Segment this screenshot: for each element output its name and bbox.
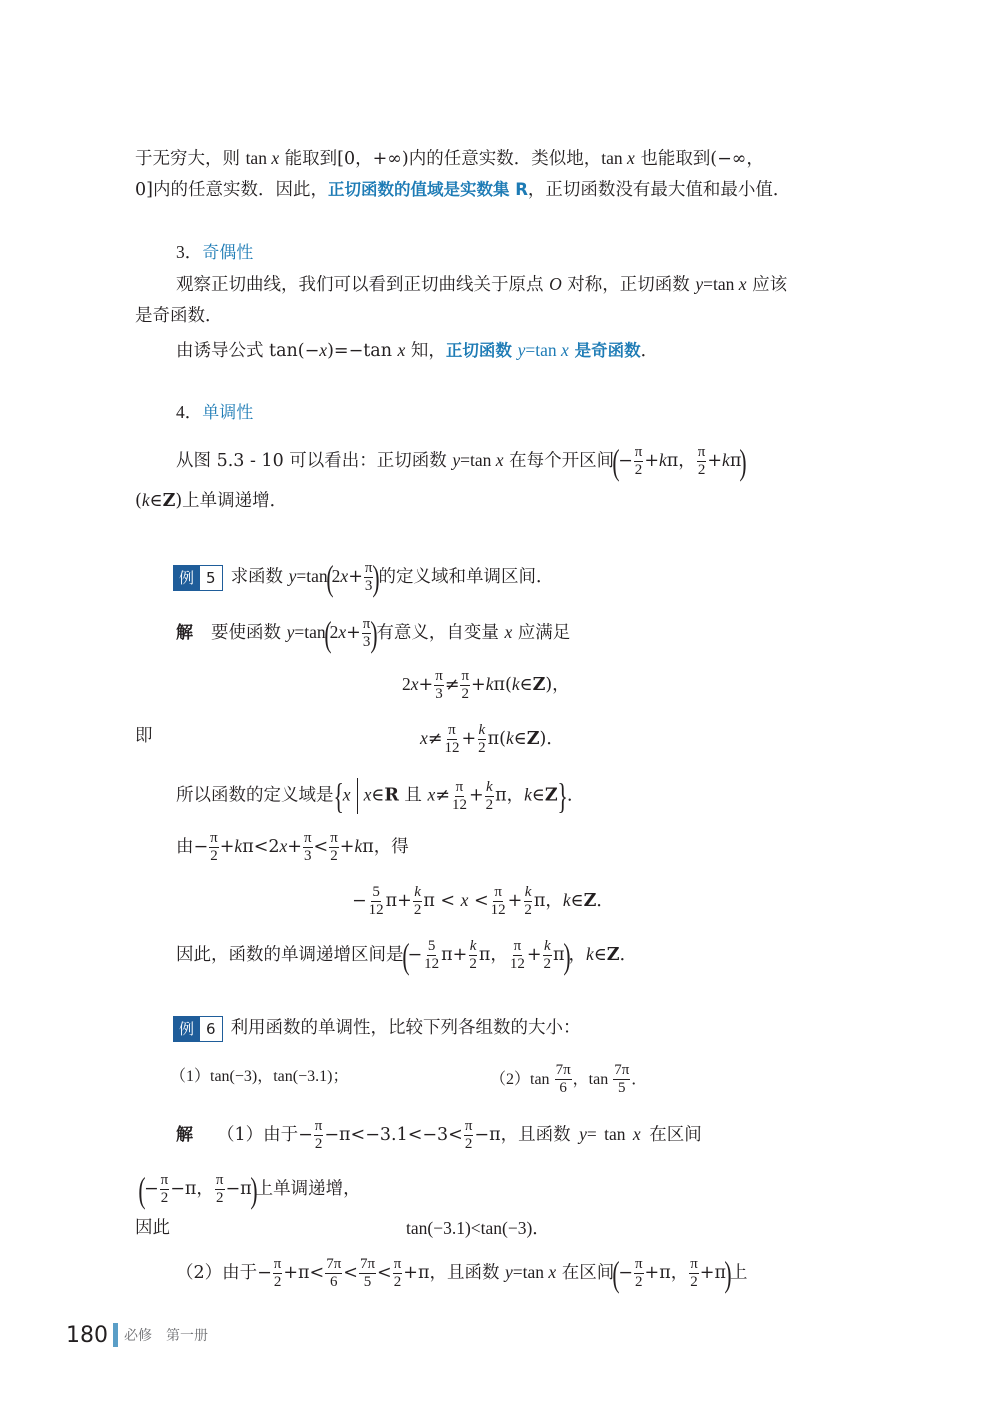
math-var: k	[512, 674, 520, 694]
math: )，	[545, 675, 569, 695]
text: 因此，函数的单调递增区间是	[176, 945, 404, 965]
brace-left: {	[333, 782, 343, 810]
denominator: 2	[273, 1274, 283, 1291]
example-6-question: 例6利用函数的单调性，比较下列各组数的大小：	[173, 1014, 581, 1042]
fraction: π3	[303, 830, 313, 865]
math-set: Z	[527, 729, 540, 749]
math: −	[618, 451, 633, 471]
numerator: π	[314, 1118, 324, 1136]
text: +π，且函数	[403, 1263, 505, 1283]
math: ，	[569, 945, 587, 965]
numerator: k	[543, 938, 552, 956]
fraction: π12	[443, 722, 460, 757]
text: 利用函数的单调性，比较下列各组数的大小：	[231, 1018, 581, 1038]
denominator: 5	[363, 1274, 373, 1291]
math-var: x	[739, 274, 747, 294]
numerator: π	[447, 722, 457, 740]
denominator: 2	[689, 1274, 699, 1291]
text: 且	[399, 786, 428, 806]
numerator: 7π	[555, 1062, 572, 1080]
paren-right: )	[563, 942, 570, 970]
fraction: π2	[634, 444, 644, 479]
math: ．	[596, 891, 614, 911]
denominator: 2	[477, 740, 487, 757]
denominator: 2	[543, 956, 553, 973]
math-var: k	[142, 490, 150, 510]
example-5-ji-label: 即	[135, 722, 153, 750]
brace-right: }	[557, 782, 567, 810]
math: ≠	[435, 786, 450, 806]
fraction: 7π5	[613, 1062, 630, 1097]
denominator: 12	[443, 740, 460, 757]
math-set: Z	[607, 945, 620, 965]
denominator: 2	[464, 1136, 474, 1153]
math: −π，	[170, 1179, 214, 1199]
fraction: π2	[393, 1256, 403, 1291]
example-6-solution-line1: 解（1）由于−π2−π<−3.1<−3<π2−π，且函数 y= tan x 在区…	[176, 1118, 702, 1153]
math-set: Z	[584, 891, 597, 911]
denominator: 2	[485, 797, 495, 814]
math: π <	[423, 891, 460, 911]
math-var: x	[633, 1124, 641, 1144]
denominator: 2	[523, 902, 533, 919]
math-var: k	[563, 890, 571, 910]
math: π	[667, 451, 679, 471]
text: ，正切函数没有最大值和最小值．	[528, 180, 791, 200]
text: 的定义域和单调区间．	[378, 567, 553, 587]
text: 对称，正切函数	[562, 275, 696, 295]
denominator: 2	[393, 1274, 403, 1291]
math: π<2	[242, 837, 279, 857]
math: ∈	[520, 675, 533, 695]
text: 要使函数	[211, 623, 287, 643]
math: <	[377, 1263, 392, 1283]
text: 在区间	[556, 1263, 614, 1283]
math: −π<−3.1<−3<	[324, 1125, 462, 1145]
math-set: R	[384, 786, 399, 806]
text: 应该	[747, 275, 788, 295]
text: 知，	[405, 341, 446, 361]
fraction: π2	[634, 1256, 644, 1291]
math: ∈	[594, 945, 607, 965]
numerator: π	[634, 444, 644, 462]
math: ∈	[371, 786, 384, 806]
fraction: π2	[215, 1172, 225, 1207]
numerator: π	[209, 830, 219, 848]
denominator: 5	[617, 1080, 627, 1097]
example-6-result1: tan(−3.1)<tan(−3)．	[406, 1214, 550, 1243]
text: 上单调递增，	[256, 1179, 361, 1199]
text: 在区间	[641, 1125, 702, 1145]
math: =tan	[294, 622, 325, 642]
fraction: 7π6	[555, 1062, 572, 1097]
math: +	[644, 451, 659, 471]
denominator: 12	[451, 797, 468, 814]
text: 能取到[0，+∞)内的任意实数．类似地，	[279, 149, 601, 169]
numerator: π	[434, 668, 444, 686]
math-var: x	[338, 622, 346, 642]
text: )上单调递增．	[175, 491, 287, 511]
section-4-line1: 从图 5.3 - 10 可以看出：正切函数 y=tan x 在每个开区间(−π2…	[176, 444, 745, 479]
text: 从图 5.3 - 10 可以看出：正切函数	[176, 451, 452, 471]
math: ，	[678, 451, 696, 471]
fraction: π12	[509, 938, 526, 973]
math: （1）tan(−3)，tan(−3.1)；	[170, 1068, 348, 1085]
example-5-conclusion: 因此，函数的单调递增区间是(−512π+k2π，π12+k2π)，k∈Z．	[176, 938, 637, 973]
text: 0]内的任意实数．因此，	[135, 180, 328, 200]
denominator: 12	[509, 956, 526, 973]
math: +	[469, 786, 484, 806]
math-var: y	[579, 1124, 587, 1144]
text: 在每个开区间	[504, 451, 615, 471]
numerator: π	[689, 1256, 699, 1274]
solution-label: 解	[176, 1125, 193, 1145]
example-6-part1: （1）tan(−3)，tan(−3.1)；	[170, 1062, 348, 1091]
text: 求函数	[231, 567, 289, 587]
math: <	[343, 1263, 358, 1283]
numerator: 5	[427, 938, 437, 956]
numerator: k	[524, 884, 533, 902]
math: π，	[495, 786, 524, 806]
fraction: 7π5	[359, 1256, 376, 1291]
paren-right: )	[373, 564, 380, 592]
math-var: x	[561, 340, 569, 360]
denominator: 2	[329, 848, 339, 865]
math: π(	[493, 675, 511, 695]
fraction: π2	[689, 1256, 699, 1291]
numerator: π	[493, 884, 503, 902]
math: +π<	[283, 1263, 324, 1283]
range-line-1: 于无穷大，则 tan x 能取到[0，+∞)内的任意实数．类似地，tan x 也…	[135, 144, 764, 173]
numerator: π	[460, 668, 470, 686]
denominator: 2	[634, 462, 644, 479]
math: ．	[567, 786, 585, 806]
page-number: 180	[66, 1323, 108, 1348]
paren-right: )	[371, 620, 378, 648]
math: (	[135, 491, 142, 511]
denominator: 2	[468, 956, 478, 973]
paren-left: (	[138, 1176, 145, 1204]
math: −	[144, 1179, 159, 1199]
fraction: 512	[423, 938, 440, 973]
numerator: 7π	[359, 1256, 376, 1274]
paren-left: (	[612, 448, 619, 476]
denominator: 12	[368, 902, 385, 919]
fraction: k2	[477, 722, 487, 757]
denominator: 2	[314, 1136, 324, 1153]
example-5-question: 例5求函数 y=tan(2x+π3)的定义域和单调区间．	[173, 560, 553, 595]
math: +	[287, 837, 302, 857]
fraction: π2	[464, 1118, 474, 1153]
section-title: 单调性	[202, 403, 253, 423]
numerator: k	[469, 938, 478, 956]
example-badge: 例5	[173, 565, 223, 591]
badge-number: 5	[199, 566, 222, 590]
math: +π	[700, 1263, 726, 1283]
fraction: k2	[543, 938, 553, 973]
math-var: x	[627, 148, 635, 168]
fraction: π12	[490, 884, 507, 919]
badge-label: 例	[174, 566, 199, 590]
paren-right: )	[724, 1260, 731, 1288]
math: π(	[488, 729, 506, 749]
math-var: O	[549, 274, 562, 294]
math: <	[468, 891, 488, 911]
math: = tan	[587, 1124, 633, 1144]
math: tan(−3.1)<tan(−3)．	[406, 1218, 550, 1238]
math: +π，	[645, 1263, 689, 1283]
math-var: y	[505, 1262, 513, 1282]
section-3-p2: 由诱导公式 tan(−x)=−tan x 知，正切函数 y=tan x 是奇函数…	[176, 336, 658, 365]
solution-label: 解	[176, 623, 193, 643]
fraction: k2	[523, 884, 533, 919]
numerator: π	[455, 779, 465, 797]
book-title: 必修 第一册	[124, 1325, 208, 1345]
numerator: k	[485, 779, 494, 797]
example-5-eq2: x≠π12+k2π(k∈Z)．	[420, 722, 564, 757]
fraction: π2	[273, 1256, 283, 1291]
math: +	[527, 945, 542, 965]
numerator: 5	[371, 884, 381, 902]
example-5-ineq: 由−π2+kπ<2x+π3<π2+kπ，得	[176, 830, 409, 865]
math: ．	[631, 1069, 647, 1088]
text: 由诱导公式 tan(−	[176, 341, 319, 361]
text: （1）由于−	[217, 1125, 313, 1145]
text: 即	[135, 726, 153, 746]
denominator: 12	[490, 902, 507, 919]
math: =tan	[460, 450, 496, 470]
denominator: 2	[413, 902, 423, 919]
section-title: 奇偶性	[202, 243, 253, 263]
example-6-solution-line2: (−π2−π，π2−π)上单调递增，	[140, 1172, 361, 1207]
math-set: Z	[545, 786, 558, 806]
math: +	[461, 729, 476, 749]
denominator: 2	[209, 848, 219, 865]
fraction: π2	[329, 830, 339, 865]
math: ∈	[150, 491, 163, 511]
numerator: π	[303, 830, 313, 848]
math: π+	[386, 891, 412, 911]
math-var: y	[695, 274, 703, 294]
page-footer: 180 必修 第一册	[66, 1320, 208, 1350]
numerator: 7π	[325, 1256, 342, 1274]
numerator: π	[464, 1118, 474, 1136]
text: 上	[730, 1263, 748, 1283]
math: ∈	[514, 729, 527, 749]
math: +	[419, 675, 434, 695]
numerator: π	[160, 1172, 170, 1190]
text: ．	[641, 341, 659, 361]
numerator: k	[478, 722, 487, 740]
math: ∈	[532, 786, 545, 806]
example-6-part2: （2）tan 7π6，tan 7π5．	[490, 1062, 647, 1097]
math-var: x	[271, 148, 279, 168]
section-3-p1-line2: 是奇函数．	[135, 302, 223, 330]
math: ≠	[428, 729, 443, 749]
fraction: 512	[368, 884, 385, 919]
text: π，得	[362, 837, 409, 857]
text: 也能取到(−∞，	[635, 149, 764, 169]
fraction: 7π6	[325, 1256, 342, 1291]
paren-left: (	[402, 942, 409, 970]
example-5-solution-line1: 解要使函数 y=tan(2x+π3)有意义，自变量 x 应满足	[176, 616, 570, 651]
section-number: 4．	[176, 402, 202, 422]
example-5-domain: 所以函数的定义域是{xx∈R 且 x≠π12+k2π，k∈Z}．	[176, 778, 584, 814]
example-6-therefore-label: 因此	[135, 1214, 170, 1242]
text: （2）由于−	[176, 1263, 272, 1283]
math-var: x	[319, 340, 327, 360]
paren-right: )	[740, 448, 747, 476]
denominator: 6	[329, 1274, 339, 1291]
math: +	[346, 623, 361, 643]
math: （2）tan	[490, 1071, 554, 1088]
math: +	[471, 675, 486, 695]
fraction: π2	[460, 668, 470, 703]
numerator: k	[413, 884, 422, 902]
math: ≠	[445, 675, 460, 695]
math: −	[352, 891, 367, 911]
math: =tan	[525, 340, 561, 360]
example-6-solution-part2: （2）由于−π2+π<7π6<7π5<π2+π，且函数 y=tan x 在区间(…	[176, 1256, 747, 1291]
math-var: x	[496, 450, 504, 470]
math-set: Z	[533, 675, 546, 695]
section-4-line2: (k∈Z)上单调递增．	[135, 486, 287, 515]
fraction: k2	[413, 884, 423, 919]
text: 由−	[176, 837, 208, 857]
math-var: y	[452, 450, 460, 470]
math: )．	[540, 729, 564, 749]
denominator: 2	[460, 686, 470, 703]
denominator: 2	[160, 1190, 170, 1207]
math-var: k	[659, 450, 667, 470]
math-var: k	[722, 450, 730, 470]
math: <	[314, 837, 329, 857]
text: 应满足	[512, 623, 570, 643]
numerator: 7π	[613, 1062, 630, 1080]
math: =tan	[513, 1262, 549, 1282]
math: −	[618, 1263, 633, 1283]
math: +	[348, 567, 363, 587]
denominator: 3	[303, 848, 313, 865]
section-number: 3．	[176, 242, 202, 262]
badge-label: 例	[174, 1017, 199, 1041]
numerator: π	[215, 1172, 225, 1190]
section-3-p1-line1: 观察正切曲线，我们可以看到正切曲线关于原点 O 对称，正切函数 y=tan x …	[176, 270, 787, 299]
denominator: 2	[215, 1190, 225, 1207]
range-highlight: 正切函数的值域是实数集 R	[328, 180, 528, 199]
range-line-2: 0]内的任意实数．因此，正切函数的值域是实数集 R，正切函数没有最大值和最小值．	[135, 176, 790, 204]
math: −	[408, 945, 423, 965]
math: π+	[441, 945, 467, 965]
math: =tan	[296, 566, 327, 586]
denominator: 2	[634, 1274, 644, 1291]
denominator: 12	[423, 956, 440, 973]
highlight: 正切函数	[446, 341, 518, 360]
paren-left: (	[613, 1260, 620, 1288]
math: 2	[402, 674, 411, 694]
math: ．	[620, 945, 638, 965]
text: 所以函数的定义域是	[176, 786, 334, 806]
math-set: Z	[163, 491, 176, 511]
text: 有意义，自变量	[376, 623, 504, 643]
math-tan: tan	[246, 148, 272, 168]
math: π，	[479, 945, 508, 965]
denominator: 6	[558, 1080, 568, 1097]
text: −π，且函数	[474, 1125, 579, 1145]
math-var: k	[506, 728, 514, 748]
math-var: k	[586, 944, 594, 964]
math-tan: tan	[601, 148, 627, 168]
fraction: π2	[697, 444, 707, 479]
numerator: π	[273, 1256, 283, 1274]
paren-left: (	[326, 564, 333, 592]
denominator: 3	[434, 686, 444, 703]
fraction: π12	[451, 779, 468, 814]
footer-divider	[113, 1323, 118, 1347]
example-5-eq1: 2x+π3≠π2+kπ(k∈Z)，	[402, 668, 570, 703]
math: +	[707, 451, 722, 471]
text: 因此	[135, 1218, 170, 1238]
text: 是奇函数．	[135, 306, 223, 326]
math-var: x	[343, 785, 351, 805]
numerator: π	[513, 938, 523, 956]
fraction: k2	[468, 938, 478, 973]
fraction: π2	[314, 1118, 324, 1153]
numerator: π	[329, 830, 339, 848]
math: ，tan	[573, 1071, 613, 1088]
math: +	[220, 837, 235, 857]
example-badge: 例6	[173, 1016, 223, 1042]
example-5-ineq2: −512π+k2π < x <π12+k2π，k∈Z．	[352, 884, 614, 919]
math: −π	[226, 1179, 252, 1199]
math-var: k	[524, 785, 532, 805]
text: )=−tan	[327, 341, 397, 361]
highlight: 是奇函数	[569, 341, 641, 360]
paren-left: (	[324, 620, 331, 648]
paren-right: )	[250, 1176, 257, 1204]
numerator: π	[697, 444, 707, 462]
fraction: k2	[485, 779, 495, 814]
section-4-heading: 4．单调性	[176, 398, 253, 427]
fraction: π2	[160, 1172, 170, 1207]
section-3-heading: 3．奇偶性	[176, 238, 253, 267]
numerator: π	[393, 1256, 403, 1274]
denominator: 2	[697, 462, 707, 479]
badge-number: 6	[199, 1017, 222, 1041]
math-var: x	[420, 728, 428, 748]
fraction: π2	[209, 830, 219, 865]
math: ∈	[571, 891, 584, 911]
math-var: x	[411, 674, 419, 694]
math: =tan	[703, 274, 739, 294]
math: +	[340, 837, 355, 857]
fraction: π3	[434, 668, 444, 703]
set-bar	[357, 778, 358, 814]
math: π，	[534, 891, 563, 911]
text: 于无穷大，则	[135, 149, 246, 169]
numerator: π	[634, 1256, 644, 1274]
math: +	[508, 891, 523, 911]
text: 观察正切曲线，我们可以看到正切曲线关于原点	[176, 275, 549, 295]
